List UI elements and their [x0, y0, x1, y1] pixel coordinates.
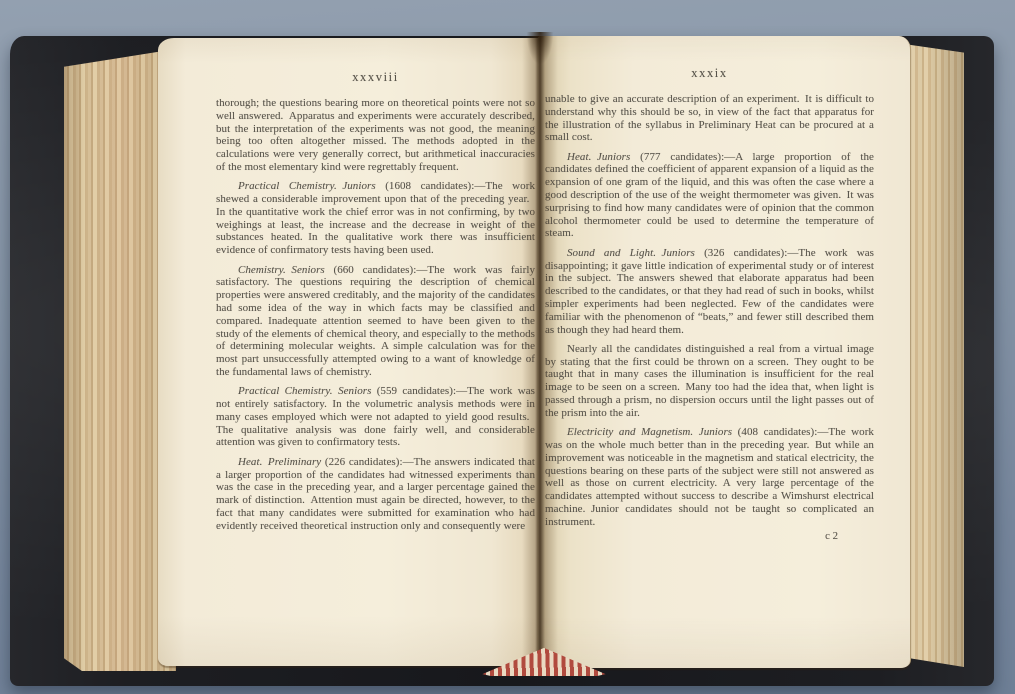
right-page-text: unable to give an accurate description o… — [545, 93, 874, 529]
paragraph: Heat. Preliminary (226 candidates):—The … — [216, 456, 535, 533]
paragraph-body: (408 candidates):—The work was on the wh… — [545, 426, 874, 528]
paragraph: thorough; the questions bearing more on … — [216, 97, 535, 174]
paragraph: unable to give an accurate description o… — [545, 93, 874, 144]
open-book: xxxviii thorough; the questions bearing … — [8, 8, 1000, 688]
right-page-number: xxxix — [545, 66, 874, 81]
photo-background: xxxviii thorough; the questions bearing … — [0, 0, 1015, 694]
paragraph-body: (777 candidates):—A large proportion of … — [545, 151, 874, 240]
paragraph-body: (660 candidates):—The work was fairly sa… — [216, 264, 535, 378]
paragraph-body: thorough; the questions bearing more on … — [216, 97, 535, 173]
paragraph-lead-italic: Chemistry. Seniors — [238, 264, 325, 276]
paragraph: Nearly all the candidates distinguished … — [545, 343, 874, 420]
paragraph-lead-italic: Heat. Juniors — [567, 151, 630, 163]
paragraph-lead-italic: Sound and Light. Juniors — [567, 247, 695, 259]
paragraph-lead-italic: Practical Chemistry. Seniors — [238, 385, 371, 397]
left-page: xxxviii thorough; the questions bearing … — [158, 38, 550, 666]
paragraph-lead-italic: Heat. Preliminary — [238, 456, 321, 468]
paragraph-lead-italic: Practical Chemistry. Juniors — [238, 180, 376, 192]
paragraph: Electricity and Magnetism. Juniors (408 … — [545, 426, 874, 528]
paragraph: Practical Chemistry. Seniors (559 candid… — [216, 385, 535, 449]
left-page-text: thorough; the questions bearing more on … — [216, 97, 535, 533]
paragraph-body: (326 candidates):—The work was disappoin… — [545, 247, 874, 336]
paragraph-lead-italic: Electricity and Magnetism. Juniors — [567, 426, 732, 438]
paragraph-body: unable to give an accurate description o… — [545, 93, 874, 143]
left-page-number: xxxviii — [216, 70, 535, 85]
right-page: xxxix unable to give an accurate descrip… — [537, 36, 911, 668]
signature-mark: c 2 — [545, 530, 874, 542]
paragraph: Sound and Light. Juniors (326 candidates… — [545, 247, 874, 337]
paragraph: Chemistry. Seniors (660 candidates):—The… — [216, 264, 535, 379]
paragraph: Practical Chemistry. Juniors (1608 candi… — [216, 180, 535, 257]
paragraph: Heat. Juniors (777 candidates):—A large … — [545, 151, 874, 241]
paragraph-body: Nearly all the candidates distinguished … — [545, 343, 874, 419]
